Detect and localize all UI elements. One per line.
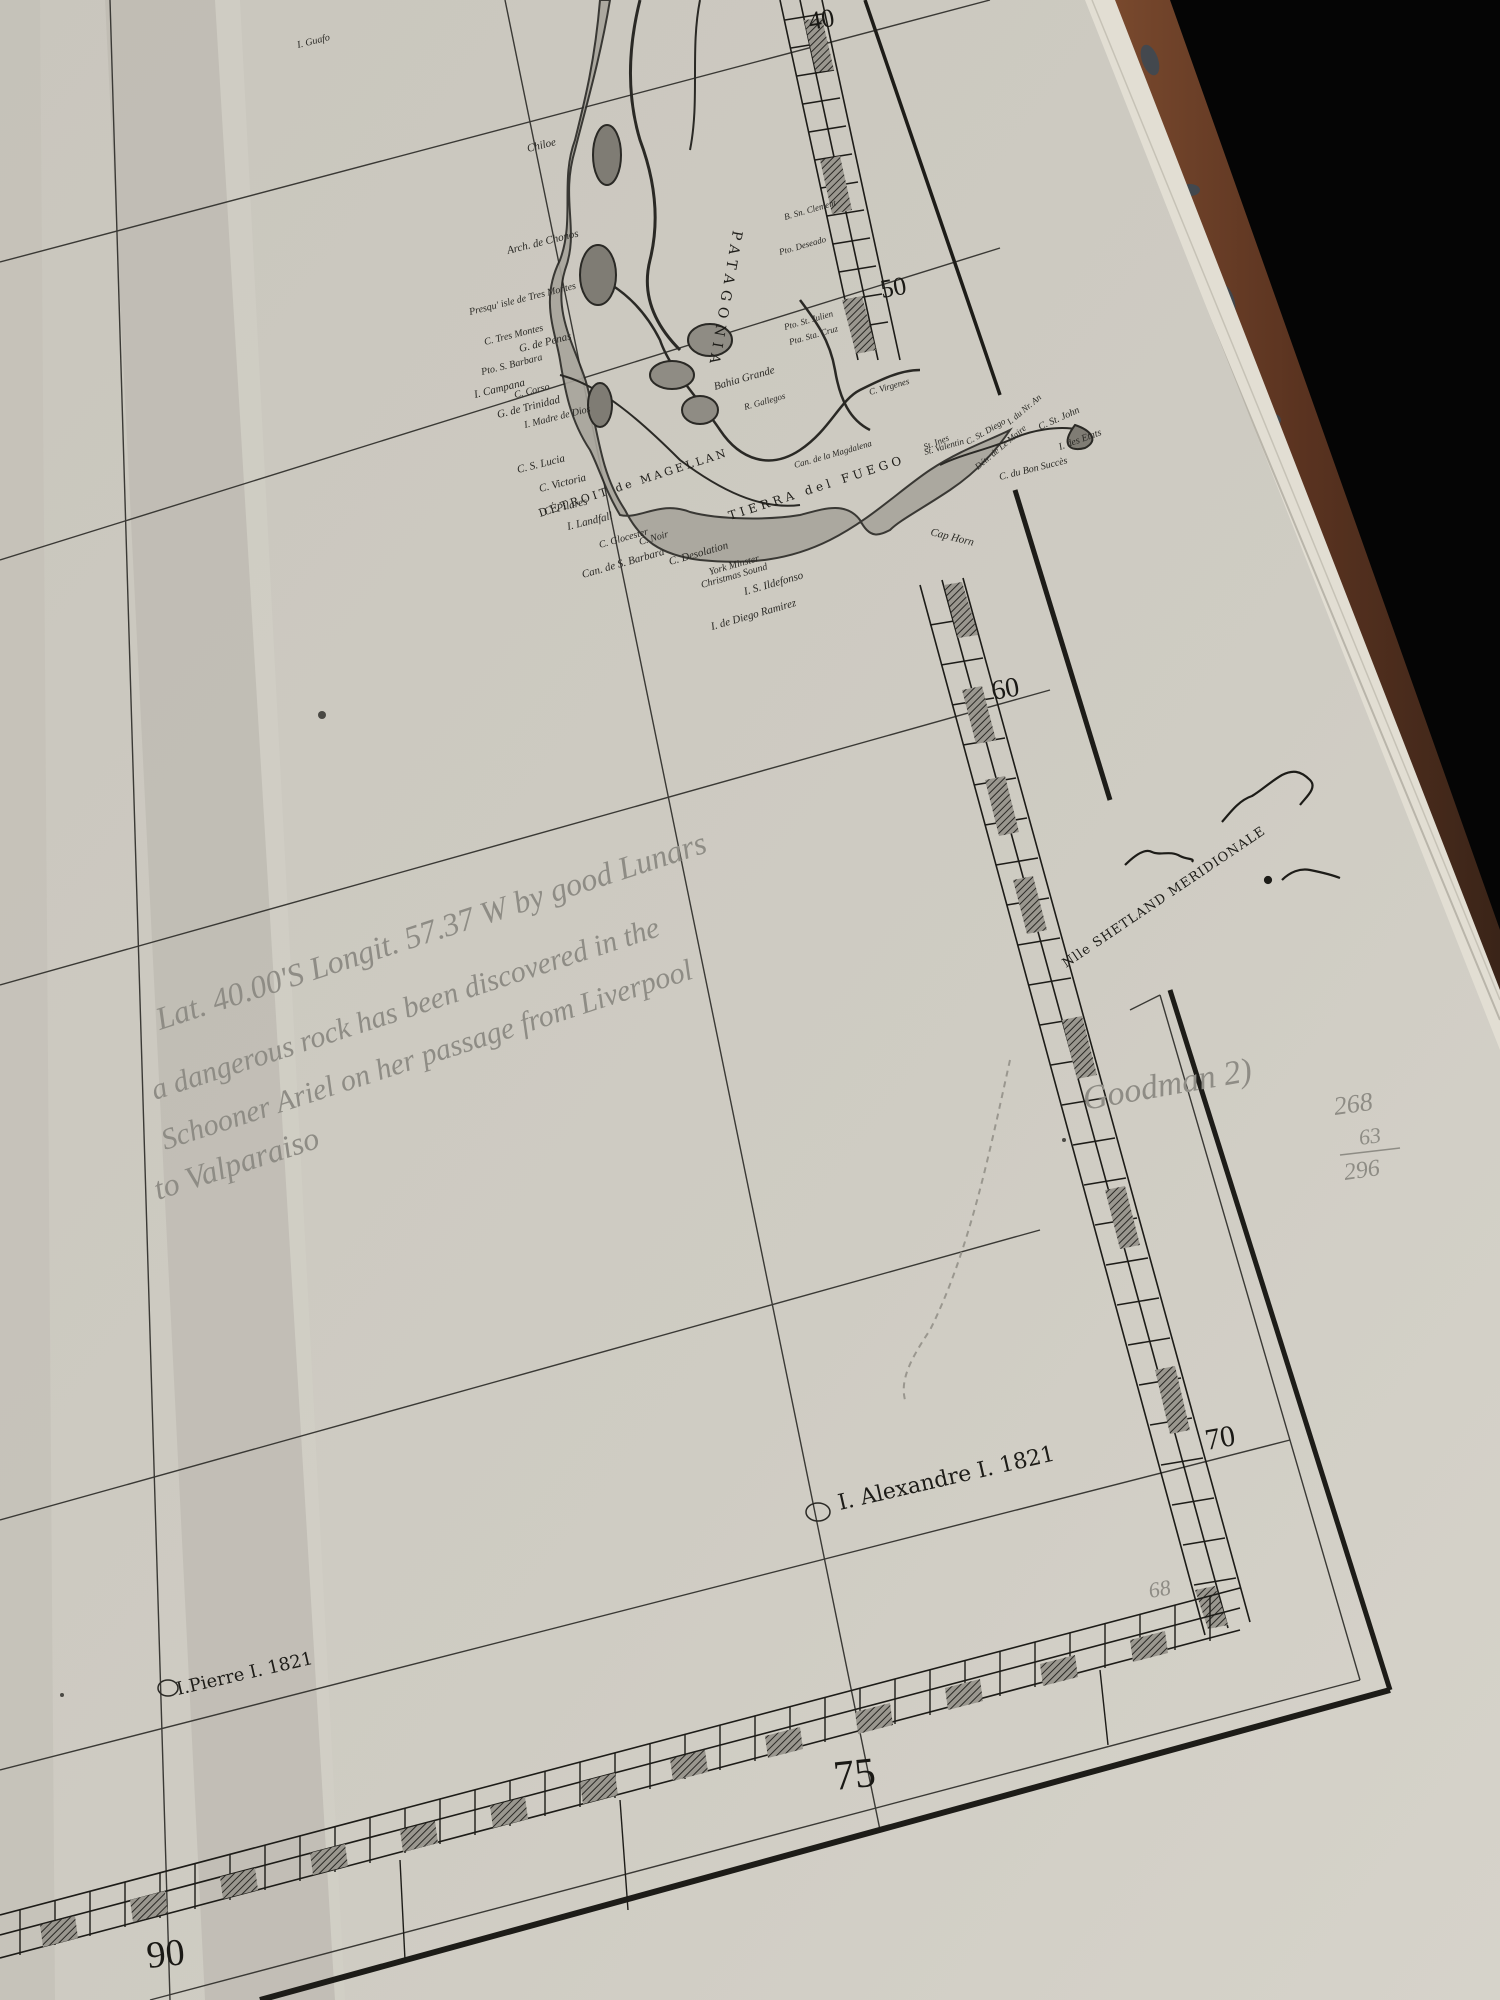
svg-text:40: 40 bbox=[806, 3, 837, 36]
svg-text:296: 296 bbox=[1342, 1155, 1381, 1186]
svg-text:60: 60 bbox=[989, 672, 1022, 707]
svg-text:268: 268 bbox=[1332, 1087, 1375, 1121]
svg-text:63: 63 bbox=[1357, 1122, 1382, 1150]
map-photo: I. Guafo Chiloe Arch. de Chonos Presqu' … bbox=[0, 0, 1500, 2000]
svg-text:50: 50 bbox=[878, 271, 909, 304]
svg-text:90: 90 bbox=[145, 1931, 187, 1977]
svg-text:70: 70 bbox=[1202, 1419, 1237, 1457]
svg-text:75: 75 bbox=[831, 1750, 878, 1800]
map-canvas: I. Guafo Chiloe Arch. de Chonos Presqu' … bbox=[0, 0, 1500, 2000]
pencil-corner-mark: 68 bbox=[1147, 1574, 1173, 1602]
